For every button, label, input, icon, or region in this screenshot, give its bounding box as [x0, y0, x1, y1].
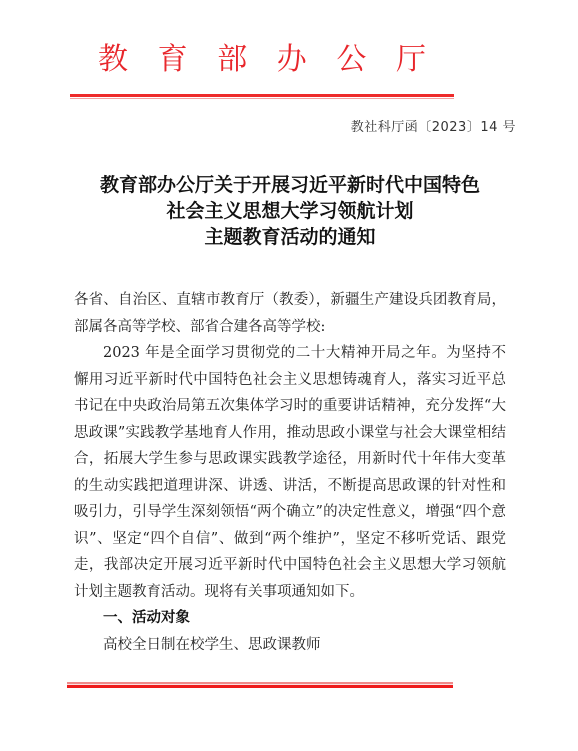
title-line: 主题教育活动的通知 [60, 224, 520, 250]
section-text: 高校全日制在校学生、思政课教师 [74, 632, 506, 659]
document-number: 教社科厅函〔2023〕14 号 [351, 116, 516, 135]
section-heading: 一、活动对象 [74, 605, 506, 632]
masthead-char: 育 [158, 38, 188, 82]
title-line: 社会主义思想大学习领航计划 [60, 198, 520, 224]
masthead-char: 厅 [396, 38, 426, 82]
body-paragraph: 2023 年是全面学习贯彻党的二十大精神开局之年。为坚持不懈用习近平新时代中国特… [74, 340, 506, 605]
header-red-divider [70, 94, 454, 99]
masthead-issuer: 教 育 部 办 公 厅 [70, 38, 454, 82]
document-title: 教育部办公厅关于开展习近平新时代中国特色 社会主义思想大学习领航计划 主题教育活… [60, 172, 520, 250]
masthead-char: 办 [277, 38, 307, 82]
masthead-char: 部 [217, 38, 247, 82]
addressees: 各省、自治区、直辖市教育厅（教委），新疆生产建设兵团教育局，部属各高等学校、部省… [74, 287, 506, 340]
masthead-char: 教 [98, 38, 128, 82]
masthead-char: 公 [336, 38, 366, 82]
document-body: 各省、自治区、直辖市教育厅（教委），新疆生产建设兵团教育局，部属各高等学校、部省… [74, 287, 506, 658]
title-line: 教育部办公厅关于开展习近平新时代中国特色 [60, 172, 520, 198]
footer-red-divider [67, 682, 453, 688]
